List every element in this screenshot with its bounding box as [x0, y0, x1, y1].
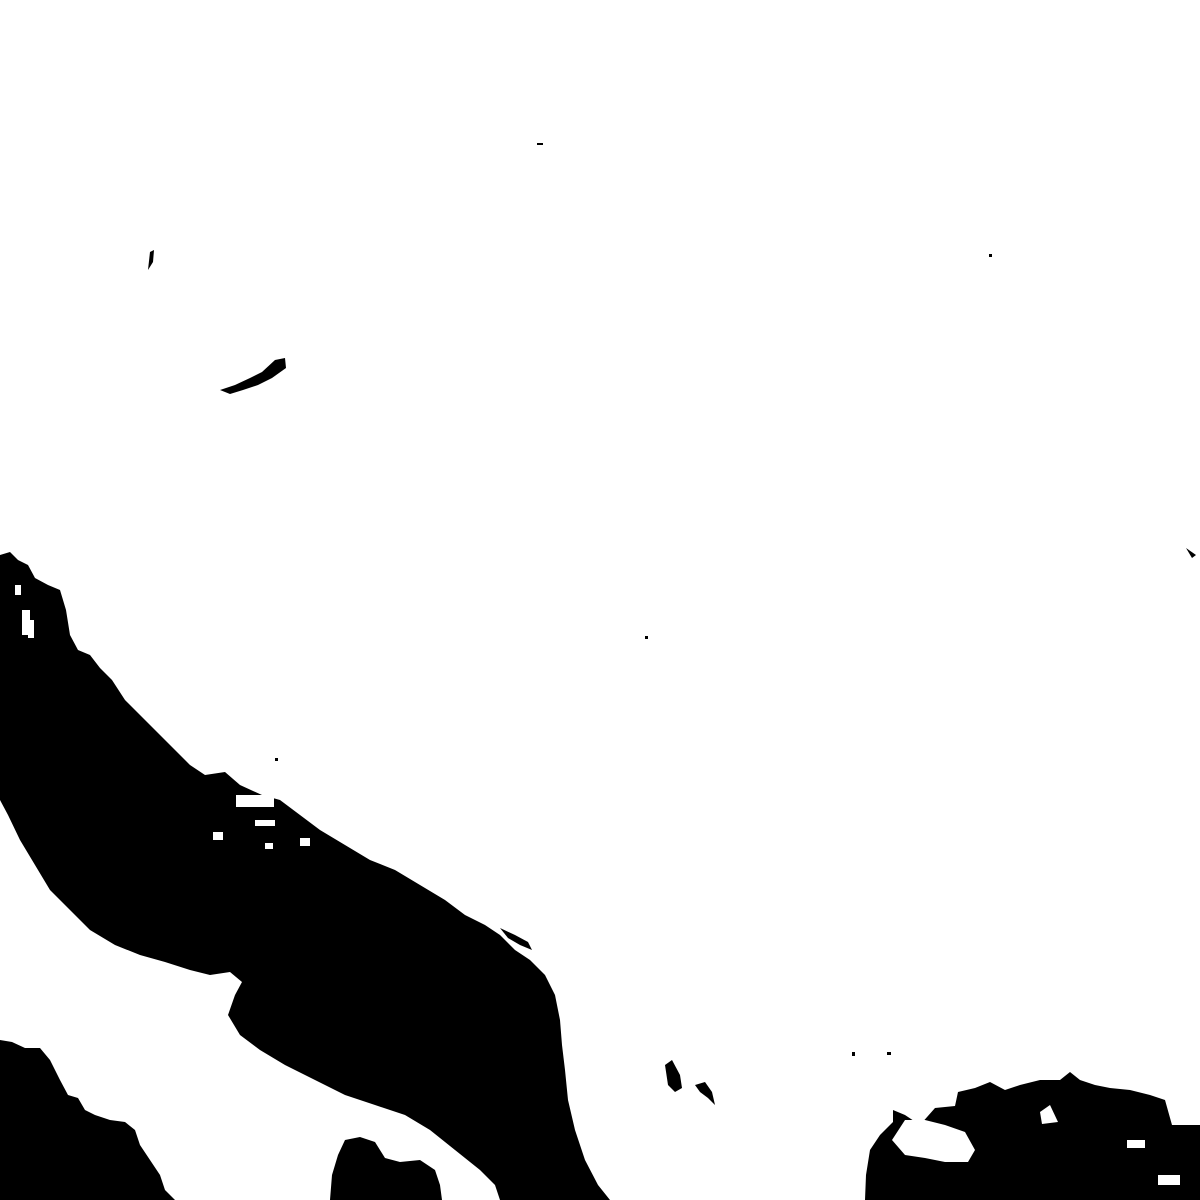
background [0, 0, 1200, 1200]
island [645, 636, 648, 639]
mask-hole [300, 838, 310, 846]
mask-hole [265, 843, 273, 849]
mask-hole [1158, 1175, 1180, 1185]
mask-hole [15, 585, 21, 595]
island [989, 254, 992, 257]
mask-hole [236, 795, 274, 807]
mask-hole [1127, 1140, 1145, 1148]
mask-hole [213, 832, 223, 840]
mask-hole [255, 820, 275, 826]
island [852, 1052, 855, 1056]
mask-hole [28, 620, 34, 638]
island [887, 1052, 891, 1055]
island [537, 143, 543, 145]
island [275, 758, 278, 761]
binary-mask-map [0, 0, 1200, 1200]
